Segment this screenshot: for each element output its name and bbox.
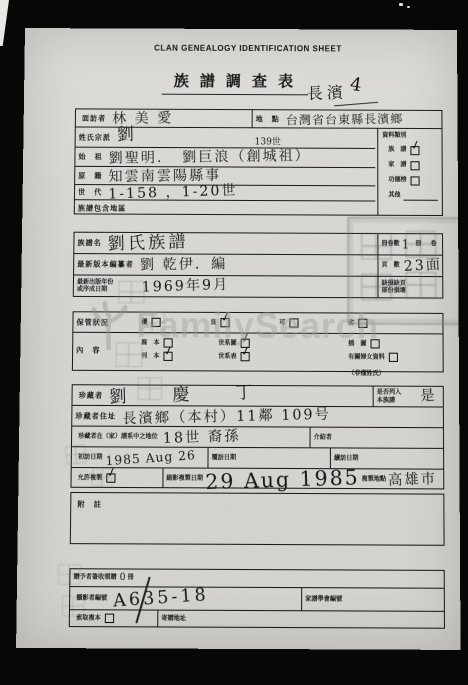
listed-label-line2: 本族譜 <box>377 396 395 403</box>
content-option: 有關婦女資料 <box>348 352 398 361</box>
category-option-label: 族 譜 <box>388 146 406 154</box>
content-option-label: 世系表 <box>218 353 236 361</box>
document-page: CLAN GENEALOGY IDENTIFICATION SHEET 族譜調查… <box>16 28 460 650</box>
blank-line <box>404 191 438 200</box>
survey-table: 面訪者 林 美 愛 地 點 台灣省台東縣長濱鄉 姓氏宗派 劉 139世 始 祖 … <box>74 108 443 216</box>
society-label: 家譜學會編號 <box>305 595 342 603</box>
society-cell: 家譜學會編號 <box>301 588 441 611</box>
content-option-row: 刊 本 ✓ 世系表 ✓ 有關婦女資料 （非僅姓氏） <box>141 352 440 381</box>
content-option: 世系表 ✓ <box>218 352 305 362</box>
generations-value: 1-158 ，1-20世 <box>108 183 238 201</box>
archive-stamp-fragment <box>65 441 127 504</box>
category-option: 族 譜 ✓ <box>388 145 441 154</box>
checkbox: ✓ <box>220 318 229 327</box>
checkbox: ✓ <box>410 146 419 155</box>
stamp-glyph <box>138 377 163 400</box>
interviewer-cell: 面訪者 林 美 愛 <box>79 109 252 127</box>
content-option-label: 世系圖 <box>218 339 236 347</box>
table-row: 攝影者編號 A635-18 家譜學會編號 <box>70 587 444 612</box>
table-row: 索取複本 寄贈地址 <box>70 610 444 627</box>
receipt-unit: 冊 <box>128 574 134 582</box>
listed-cell: 是否列入 本族譜 是 <box>373 387 440 407</box>
table-row: 初訪日期 1985 Aug 26 覆訪日期 續訪日期 <box>72 447 443 469</box>
content-option-sublabel: （非僅姓氏） <box>348 370 385 377</box>
introducer-cell: 介紹者 <box>310 428 441 448</box>
checkmark: ✓ <box>219 310 232 324</box>
mailing-label: 寄贈地址 <box>161 615 186 623</box>
category-other: 其他 <box>388 191 441 200</box>
film-speck <box>407 6 410 8</box>
sheet-number-underline <box>334 102 378 107</box>
film-speck <box>399 3 403 6</box>
keep-option-label: 良 <box>210 319 216 327</box>
book-title-label: 族譜名 <box>77 238 101 248</box>
checkbox <box>289 318 298 327</box>
stamp-glyph <box>140 312 165 335</box>
content-options: 寫 本 世系圖 ✓ 插 圖 <box>141 333 440 381</box>
checkmark: ✓ <box>409 138 422 152</box>
first-ancestor-value: 劉聖明． 劉巨浪（創城祖） <box>109 149 311 166</box>
published-label: 最新出版年份 或序成日期 <box>77 278 114 293</box>
archive-stamp-fragment <box>111 281 173 425</box>
table-row: 世 代 1-158 ，1-20世 <box>75 185 375 202</box>
data-category-box: 資料類別 族 譜 ✓ 家 譜 功德榜 其他 <box>377 129 442 215</box>
first-ancestor-label: 始 祖 <box>78 152 102 162</box>
content-option: 插 圖 <box>348 339 379 348</box>
stamp-glyph <box>118 281 145 304</box>
checkbox: ✓ <box>241 352 250 361</box>
page-title-chinese: 族譜調查表 <box>162 70 308 96</box>
interviewer-value: 林 美 愛 <box>112 111 173 126</box>
category-option: 功德榜 <box>388 176 441 185</box>
book-title-value: 劉氏族譜 <box>108 233 189 253</box>
film-place-label: 複製地點 <box>362 475 387 483</box>
handwritten-locality: 長濱 <box>307 85 348 102</box>
category-other-label: 其他 <box>388 192 400 200</box>
clan-label: 姓氏宗派 <box>79 132 111 142</box>
listed-label-line1: 是否列入 <box>377 389 401 396</box>
page-title-english: CLAN GENEALOGY IDENTIFICATION SHEET <box>25 43 457 54</box>
generations-label: 世 代 <box>78 187 102 197</box>
table-row: 珍藏者在（家）譜系中之地位 18世 裔孫 介紹者 <box>72 427 443 449</box>
microfilm-background: CLAN GENEALOGY IDENTIFICATION SHEET 族譜調查… <box>0 0 468 685</box>
stamp-glyph <box>65 444 87 465</box>
content-option-women: 有關婦女資料 （非僅姓氏） <box>348 352 398 380</box>
checkbox <box>389 353 398 362</box>
archive-stamp <box>347 217 460 326</box>
stamp-glyph <box>361 233 391 260</box>
clan-note: 139世 <box>255 138 281 147</box>
introducer-label: 介紹者 <box>314 434 332 442</box>
category-option-label: 功德榜 <box>388 177 406 185</box>
table-row: 贈予者簽收領贈 0 冊 <box>70 569 443 589</box>
photographer-cell: 攝影者編號 A635-18 <box>73 587 301 610</box>
checkbox <box>411 176 420 185</box>
table-row: 族譜包含地區 <box>75 200 376 217</box>
owner-label: 珍藏者 <box>79 390 104 400</box>
interviewer-label: 面訪者 <box>82 113 106 123</box>
film-date-cell: 縮影複製日期 29 Aug 1985 複製地點 高雄市 <box>162 468 440 489</box>
stamp-glyph <box>116 342 143 367</box>
table-row: 允許複製 ✓ 縮影複製日期 29 Aug 1985 複製地點 高雄市 <box>71 468 443 489</box>
clan-value: 劉 <box>117 126 138 144</box>
followup-label: 續訪日期 <box>334 454 359 462</box>
compiler-value: 劉 乾伊．編 <box>140 257 228 272</box>
stamp-glyph <box>406 231 436 258</box>
compiler-label: 最新版本編纂者 <box>77 259 134 269</box>
category-option: 家 譜 <box>388 161 441 170</box>
content-option: 世系圖 ✓ <box>218 339 305 349</box>
photographer-label: 攝影者編號 <box>76 594 107 602</box>
mailing-cell: 寄贈地址 <box>157 611 441 628</box>
position-value: 18世 裔孫 <box>163 429 241 446</box>
content-option-label: 插 圖 <box>348 340 366 348</box>
place-label: 地 點 <box>256 114 280 124</box>
category-option-label: 家 譜 <box>388 161 406 169</box>
stamp-glyph <box>361 274 391 301</box>
receipt-value: 0 <box>120 573 126 582</box>
admin-table: 贈予者簽收領贈 0 冊 攝影者編號 A635-18 家譜學會編號 索取複本 <box>69 568 445 629</box>
place-value: 台灣省台東縣長濱鄉 <box>286 112 404 126</box>
origin-label: 原 籍 <box>78 170 102 180</box>
table-row: 始 祖 劉聖明． 劉巨浪（創城祖） <box>75 148 375 168</box>
keep-option-label: 可 <box>279 319 285 327</box>
receipt-label: 贈予者簽收領贈 <box>73 574 116 582</box>
listed-value: 是 <box>420 388 437 403</box>
film-edge-artifact <box>0 0 9 46</box>
place-cell: 地 點 台灣省台東縣長濱鄉 <box>252 110 439 128</box>
film-date-label: 縮影複製日期 <box>166 474 203 482</box>
stamp-glyph <box>91 467 113 487</box>
region-label: 族譜包含地區 <box>78 203 127 213</box>
request-copy-label: 索取複本 <box>76 614 101 622</box>
keep-option: 可 <box>279 318 348 328</box>
origin-value: 知雲南雲陽縣事 <box>108 168 221 184</box>
revisit-label: 覆訪日期 <box>212 454 237 462</box>
film-place-value: 高雄市 <box>388 471 438 487</box>
handwritten-sheet-number: 4 <box>349 76 363 96</box>
keep-option: 良 ✓ <box>210 318 279 328</box>
content-option-label: 有關婦女資料 <box>348 353 385 361</box>
film-date-value: 29 Aug 1985 <box>205 466 360 492</box>
photographer-value: A635-18 <box>113 586 209 610</box>
table-row: 姓氏宗派 劉 139世 <box>76 127 376 148</box>
published-label-line1: 最新出版年份 <box>77 278 114 285</box>
request-copy-cell: 索取複本 <box>73 610 157 626</box>
published-label-line2: 或序成日期 <box>77 286 107 293</box>
content-option-row: 寫 本 世系圖 ✓ 插 圖 <box>141 338 439 349</box>
position-label: 珍藏者在（家）譜系中之地位 <box>78 433 158 441</box>
listed-label: 是否列入 本族譜 <box>377 389 401 405</box>
checkbox <box>105 614 114 624</box>
stamp-glyph <box>406 272 436 299</box>
checkbox <box>371 339 380 348</box>
checkbox <box>410 161 419 170</box>
